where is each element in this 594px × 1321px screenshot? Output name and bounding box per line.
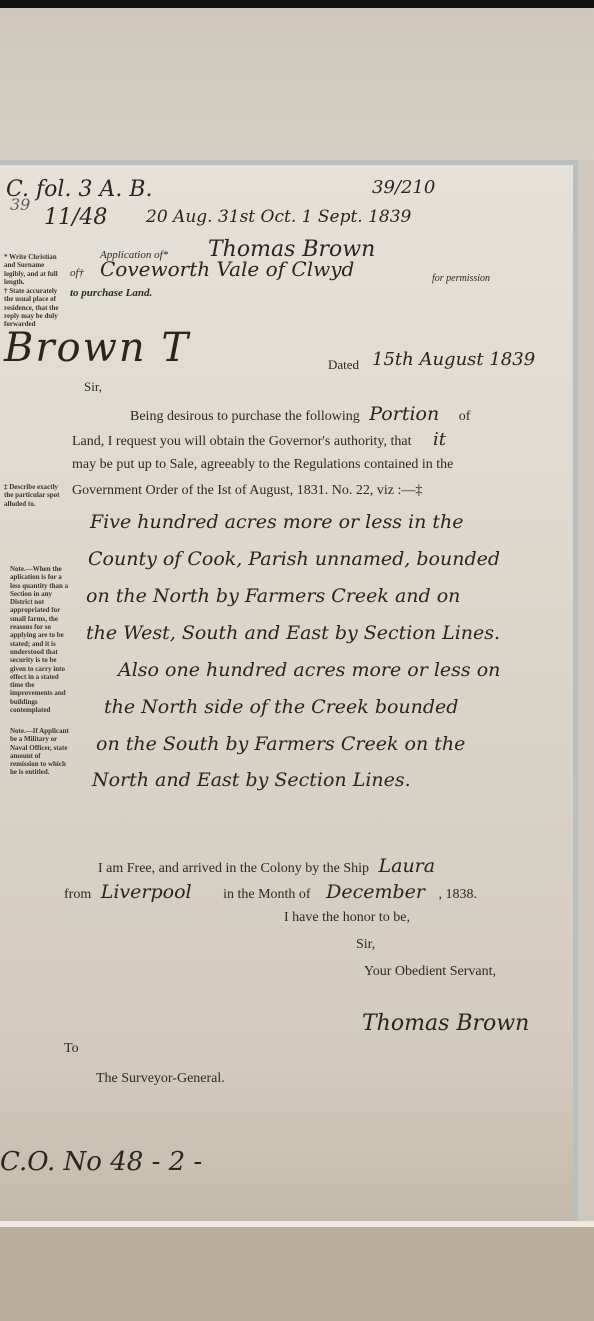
closing-honor: I have the honor to be, bbox=[284, 910, 410, 926]
description-line-1: Five hundred acres more or less in the bbox=[90, 511, 463, 533]
signature: Thomas Brown bbox=[362, 1011, 529, 1036]
margin-note-quantity: Note.—When the aplication is for a less … bbox=[10, 565, 70, 714]
body-line-4: Government Order of the Ist of August, 1… bbox=[72, 483, 422, 499]
closing-servant: Your Obedient Servant, bbox=[364, 964, 496, 980]
applicant-residence: Coveworth Vale of Clwyd bbox=[100, 257, 354, 281]
dated-value: 15th August 1839 bbox=[372, 349, 535, 370]
margin-note-officer: Note.—If Applicant be a Military or Nava… bbox=[10, 727, 70, 777]
of-label: of† bbox=[70, 267, 84, 279]
body-fill-it: it bbox=[433, 429, 446, 450]
description-line-5: Also one hundred acres more or less on bbox=[118, 659, 500, 681]
addressee-to: To bbox=[64, 1041, 79, 1057]
mat-board bbox=[0, 8, 594, 162]
arrival-month: December bbox=[326, 881, 425, 903]
ship-name: Laura bbox=[379, 855, 436, 877]
addressee-title: The Surveyor-General. bbox=[96, 1071, 225, 1087]
body-line-3: may be put up to Sale, agreeably to the … bbox=[72, 457, 453, 473]
margin-note-describe: ‡ Describe exactly the particular spot a… bbox=[4, 483, 68, 508]
file-name-handwritten: Brown T bbox=[4, 325, 190, 371]
register-number: 11/48 bbox=[44, 205, 107, 230]
to-purchase-label: to purchase Land. bbox=[70, 287, 152, 299]
description-line-7: on the South by Farmers Creek on the bbox=[96, 733, 465, 755]
closing-sir: Sir, bbox=[356, 937, 375, 953]
arrival-line-2: from Liverpool in the Month of December … bbox=[64, 881, 477, 903]
body-line-2: Land, I request you will obtain the Gove… bbox=[72, 429, 446, 450]
port-name: Liverpool bbox=[101, 881, 192, 903]
margin-number: 39 bbox=[10, 195, 30, 214]
dated-label: Dated bbox=[328, 357, 359, 373]
body-fill-portion: Portion bbox=[369, 403, 439, 425]
margin-note-name: * Write Christian and Surname legibly, a… bbox=[4, 253, 64, 286]
margin-note-residence: † State accurately the usual place of re… bbox=[4, 287, 64, 328]
mat-board-bottom bbox=[0, 1227, 594, 1321]
footer-reference: C.O. No 48 - 2 - bbox=[0, 1147, 202, 1177]
mat-board-right bbox=[578, 160, 594, 1230]
body-line-1: Being desirous to purchase the following… bbox=[130, 403, 470, 425]
description-line-2: County of Cook, Parish unnamed, bounded bbox=[88, 548, 500, 570]
for-permission-label: for permission bbox=[432, 273, 490, 284]
description-line-4: the West, South and East by Section Line… bbox=[86, 622, 500, 644]
land-application-document: C. fol. 3 A. B. 39/210 39 11/48 20 Aug. … bbox=[0, 160, 578, 1222]
description-line-6: the North side of the Creek bounded bbox=[104, 696, 458, 718]
description-line-8: North and East by Section Lines. bbox=[92, 769, 411, 791]
salutation: Sir, bbox=[84, 379, 102, 395]
processing-dates: 20 Aug. 31st Oct. 1 Sept. 1839 bbox=[146, 207, 411, 227]
arrival-line-1: I am Free, and arrived in the Colony by … bbox=[98, 855, 435, 877]
file-reference: 39/210 bbox=[372, 177, 435, 198]
description-line-3: on the North by Farmers Creek and on bbox=[86, 585, 460, 607]
